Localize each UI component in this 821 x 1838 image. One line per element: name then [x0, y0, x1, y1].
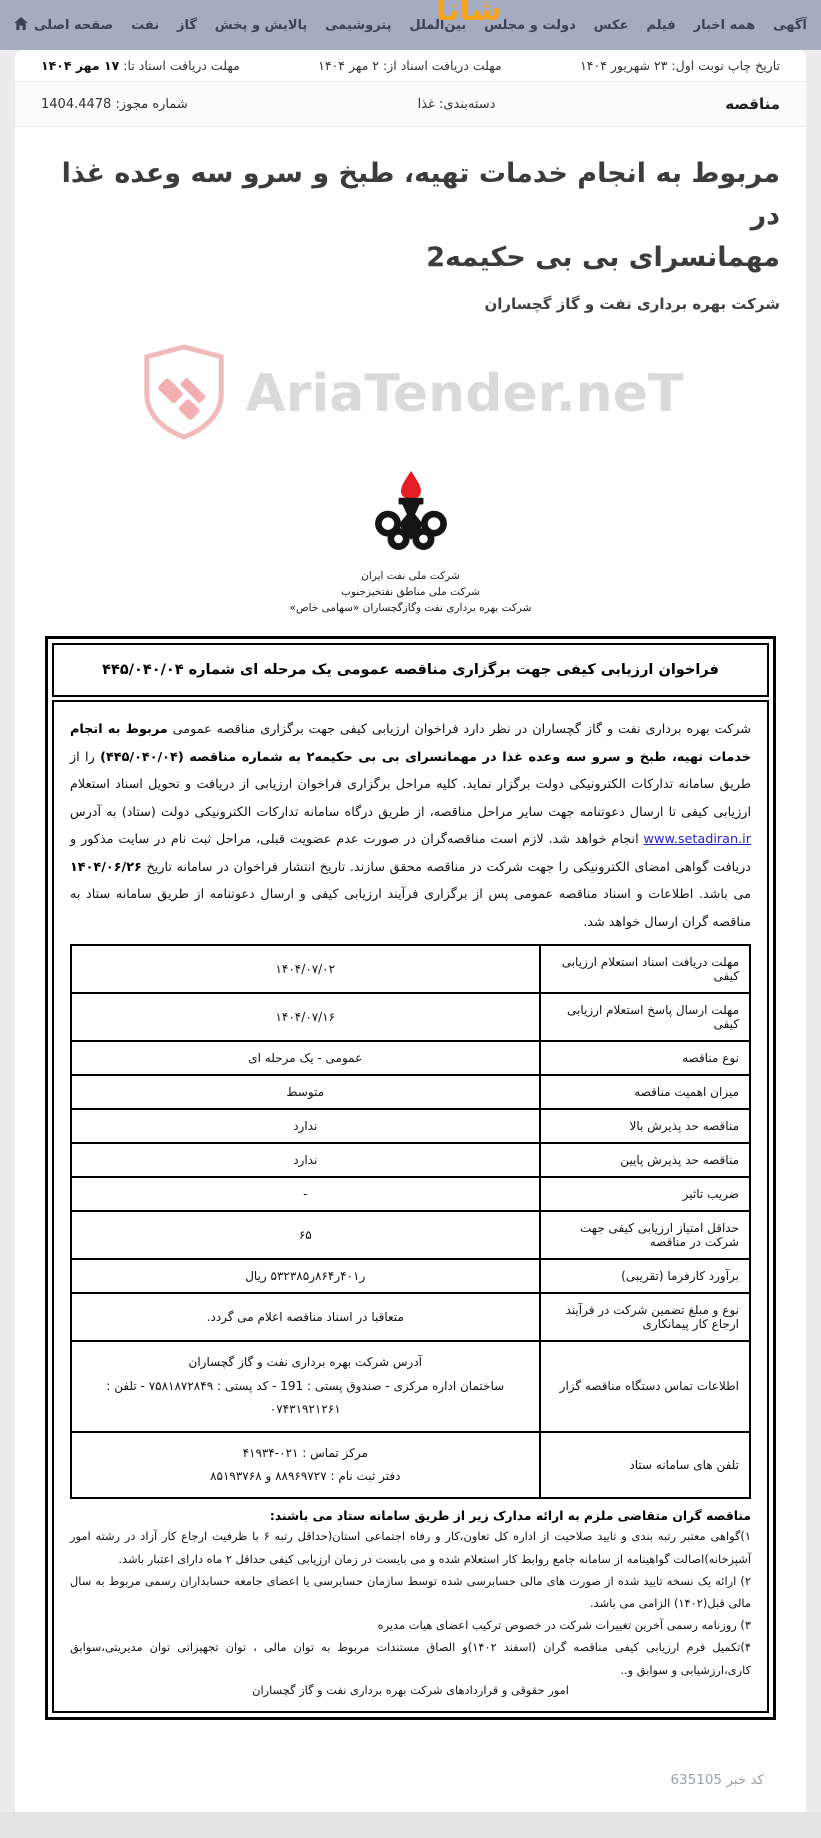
notes-list: ۱)گواهی معتبر رتبه بندی و تایید صلاحیت ا…: [70, 1525, 751, 1681]
row-label: میزان اهمیت مناقصه: [540, 1075, 750, 1109]
document-title: فراخوان ارزیابی کیفی جهت برگزاری مناقصه …: [52, 643, 769, 697]
notes-title: مناقصه گران متقاضی ملزم به ارائه مدارک ز…: [70, 1509, 751, 1523]
document-closing-line: امور حقوقی و قراردادهای شرکت بهره برداری…: [70, 1683, 751, 1697]
table-row: تلفن های سامانه ستادمرکز تماس : ۰۲۱-۴۱۹۳…: [71, 1432, 750, 1499]
row-value: -: [71, 1177, 540, 1211]
nav-item-1[interactable]: نفت: [131, 18, 159, 33]
row-label: نوع و مبلغ تضمین شرکت در فرآیند ارجاع کا…: [540, 1293, 750, 1341]
watermark: AriaTender.neT: [15, 343, 806, 445]
tender-type-badge: مناقصه: [725, 95, 780, 113]
home-icon: [14, 17, 28, 34]
table-row: نوع مناقصهعمومی - یک مرحله ای: [71, 1041, 750, 1075]
meta-info-row: مناقصه دسته‌بندی: غذا شماره مجوز: 1404.4…: [15, 81, 806, 127]
nav-item-9[interactable]: همه اخبار: [694, 18, 756, 33]
nav-item-10[interactable]: آگهی: [773, 18, 807, 33]
row-value: ۱۴۰۴/۰۷/۱۶: [71, 993, 540, 1041]
row-value: ۶۵: [71, 1211, 540, 1259]
row-value: متوسط: [71, 1075, 540, 1109]
nav-item-2[interactable]: گاز: [177, 18, 197, 33]
nav-item-home[interactable]: صفحه اصلی: [14, 17, 113, 34]
tender-document: فراخوان ارزیابی کیفی جهت برگزاری مناقصه …: [45, 636, 776, 1720]
nav-item-3[interactable]: پالایش و پخش: [215, 18, 307, 33]
row-label: مناقصه حد پذیرش بالا: [540, 1109, 750, 1143]
row-label: نوع مناقصه: [540, 1041, 750, 1075]
row-label: مهلت دریافت اسناد استعلام ارزیابی کیفی: [540, 945, 750, 993]
document-paragraph: شرکت بهره برداری نفت و گاز گچساران در نظ…: [70, 716, 751, 936]
top-nav-bar: صفحه اصلی شانا نفتگازپالایش و پخشپتروشیم…: [0, 0, 821, 50]
note-item-2: ۲) ارائه یک نسخه تایید شده از صورت های م…: [70, 1570, 751, 1614]
table-row: اطلاعات تماس دستگاه مناقصه گزارآدرس شرکت…: [71, 1341, 750, 1431]
table-row: حداقل امتیاز ارزیابی کیفی جهت شرکت در من…: [71, 1211, 750, 1259]
row-value: ندارد: [71, 1109, 540, 1143]
print-date: تاریخ چاپ نوبت اول: ۲۳ شهریور ۱۴۰۴: [580, 58, 780, 73]
row-value: آدرس شرکت بهره برداری نفت و گاز گچسارانس…: [71, 1341, 540, 1431]
nav-home-label: صفحه اصلی: [34, 18, 113, 33]
page-title: مربوط به انجام خدمات تهیه، طبخ و سرو سه …: [41, 153, 780, 279]
row-value: متعاقبا در اسناد مناقصه اعلام می گردد.: [71, 1293, 540, 1341]
tender-table-body: مهلت دریافت اسناد استعلام ارزیابی کیفی۱۴…: [71, 945, 750, 1498]
row-label: اطلاعات تماس دستگاه مناقصه گزار: [540, 1341, 750, 1431]
table-row: میزان اهمیت مناقصهمتوسط: [71, 1075, 750, 1109]
document-body: شرکت بهره برداری نفت و گاز گچساران در نظ…: [52, 700, 769, 1713]
table-row: نوع و مبلغ تضمین شرکت در فرآیند ارجاع کا…: [71, 1293, 750, 1341]
shana-logo[interactable]: شانا: [436, 0, 501, 28]
nav-item-4[interactable]: پتروشیمی: [325, 18, 391, 33]
row-label: برآورد کارفرما (تقریبی): [540, 1259, 750, 1293]
docs-from-date: مهلت دریافت اسناد از: ۲ مهر ۱۴۰۴: [318, 58, 502, 73]
row-value: عمومی - یک مرحله ای: [71, 1041, 540, 1075]
table-row: مناقصه حد پذیرش بالاندارد: [71, 1109, 750, 1143]
nav-item-8[interactable]: فیلم: [646, 18, 675, 33]
article-card: تاریخ چاپ نوبت اول: ۲۳ شهریور ۱۴۰۴ مهلت …: [15, 50, 806, 1812]
row-value: ⁦۵۳۲ر۴۰۱ر۸۶۴ر۳۸۵⁩ ریال: [71, 1259, 540, 1293]
footer-bar: [0, 1812, 821, 1838]
row-label: ضریب تاثیر: [540, 1177, 750, 1211]
license-number: شماره مجوز: 1404.4478: [41, 97, 188, 112]
row-label: مناقصه حد پذیرش پایین: [540, 1143, 750, 1177]
news-code: کد خبر 635105: [670, 1772, 764, 1788]
nav-item-7[interactable]: عکس: [594, 18, 629, 33]
row-value: ندارد: [71, 1143, 540, 1177]
note-item-3: ۳) روزنامه رسمی آخرین تغییرات شرکت در خص…: [70, 1614, 751, 1636]
tender-table: مهلت دریافت اسناد استعلام ارزیابی کیفی۱۴…: [70, 944, 751, 1499]
nioc-emblem-text: شرکت ملی نفت ایران شرکت ملی مناطق نفتخیز…: [15, 568, 806, 617]
nioc-flame-icon: [365, 546, 457, 565]
meta-dates-row: تاریخ چاپ نوبت اول: ۲۳ شهریور ۱۴۰۴ مهلت …: [15, 50, 806, 81]
table-row: ضریب تاثیر-: [71, 1177, 750, 1211]
company-name: شرکت بهره برداری نفت و گاز گچساران: [41, 295, 780, 313]
table-row: مهلت ارسال پاسخ استعلام ارزیابی کیفی۱۴۰۴…: [71, 993, 750, 1041]
table-row: برآورد کارفرما (تقریبی)⁦۵۳۲ر۴۰۱ر۸۶۴ر۳۸۵⁩…: [71, 1259, 750, 1293]
note-item-4: ۴)تکمیل فرم ارزیابی کیفی مناقصه گران (اس…: [70, 1636, 751, 1680]
row-label: مهلت ارسال پاسخ استعلام ارزیابی کیفی: [540, 993, 750, 1041]
table-row: مناقصه حد پذیرش پایینندارد: [71, 1143, 750, 1177]
row-value: ۱۴۰۴/۰۷/۰۲: [71, 945, 540, 993]
row-label: تلفن های سامانه ستاد: [540, 1432, 750, 1499]
row-value: مرکز تماس : ۰۲۱-۴۱۹۳۴دفتر ثبت نام : ۸۸۹۶…: [71, 1432, 540, 1499]
table-row: مهلت دریافت اسناد استعلام ارزیابی کیفی۱۴…: [71, 945, 750, 993]
docs-until-date: مهلت دریافت اسناد تا: ۱۷ مهر ۱۴۰۴: [41, 58, 240, 73]
row-label: حداقل امتیاز ارزیابی کیفی جهت شرکت در من…: [540, 1211, 750, 1259]
note-item-1: ۱)گواهی معتبر رتبه بندی و تایید صلاحیت ا…: [70, 1525, 751, 1569]
category: دسته‌بندی: غذا: [418, 97, 496, 112]
nioc-emblem: شرکت ملی نفت ایران شرکت ملی مناطق نفتخیز…: [15, 469, 806, 617]
setadiran-link[interactable]: www.setadiran.ir: [644, 832, 751, 847]
shield-gavel-icon: [138, 343, 230, 445]
watermark-text: AriaTender.neT: [246, 364, 684, 424]
